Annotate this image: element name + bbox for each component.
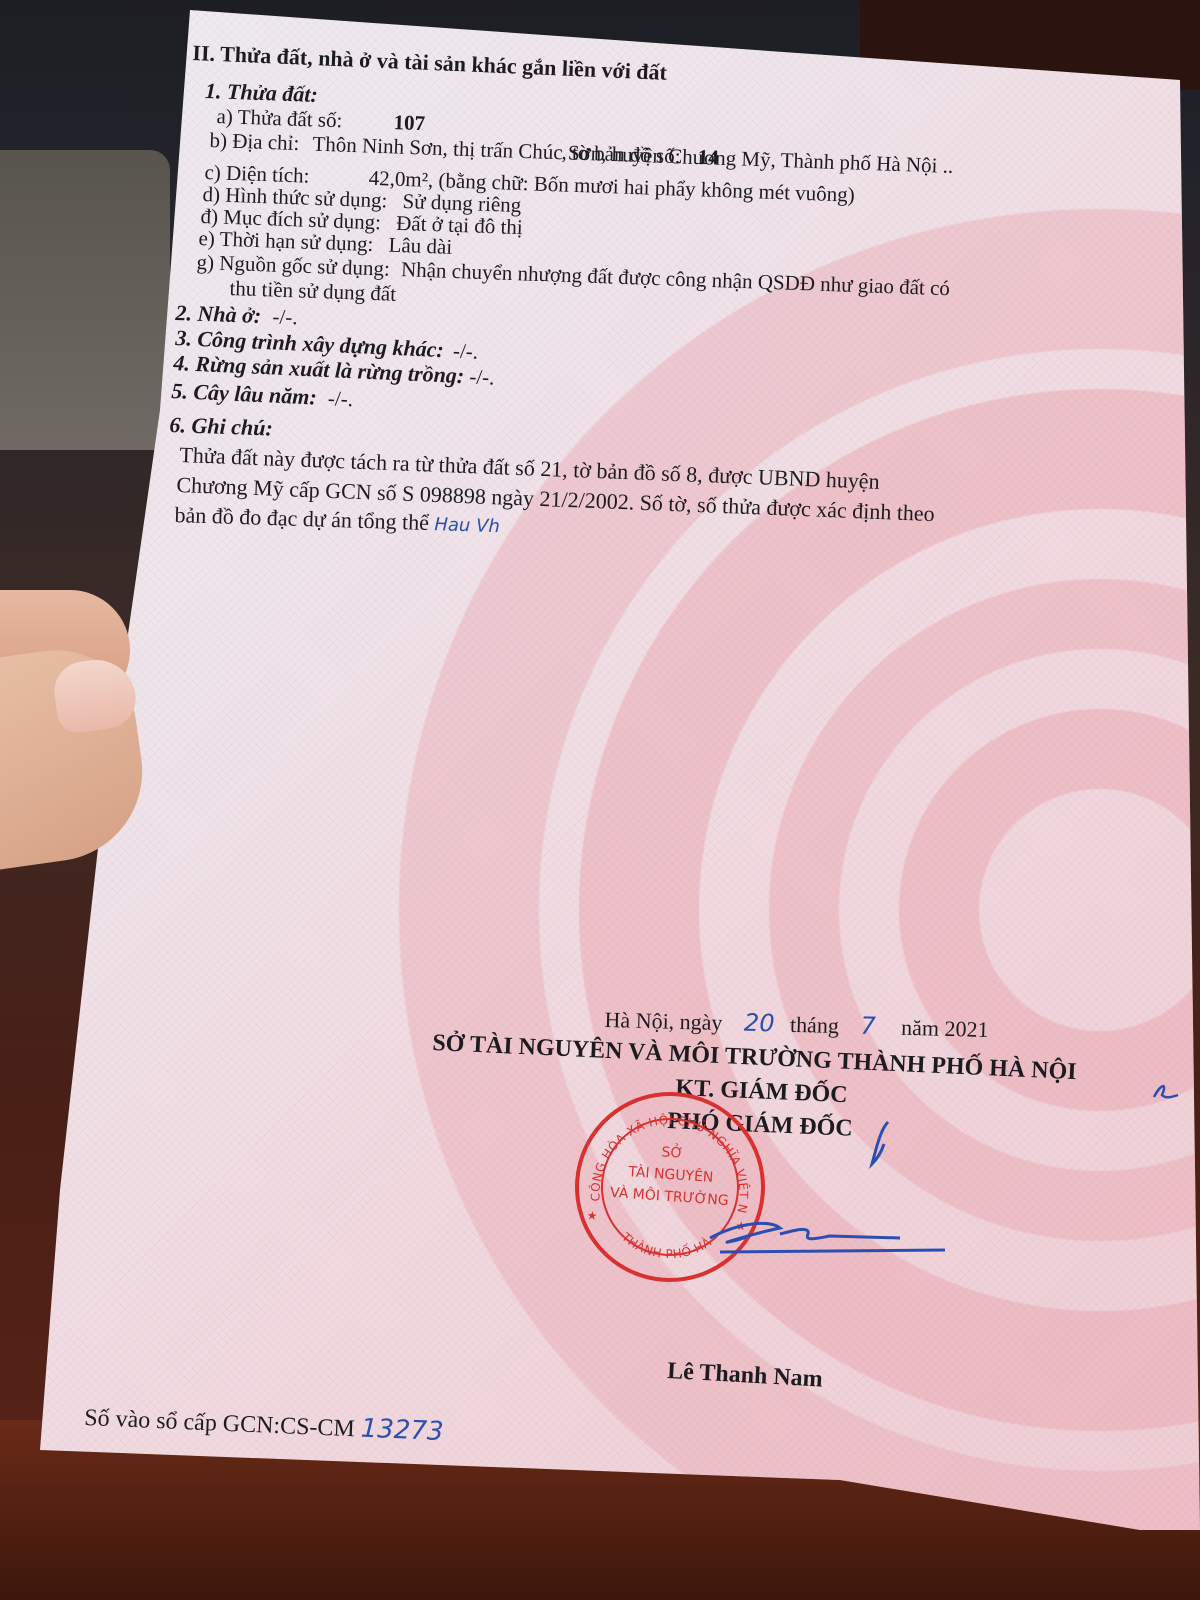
initial-mark [868, 1120, 892, 1170]
address-label: b) Địa chỉ: [209, 128, 300, 155]
registry-row: Số vào sổ cấp GCN:CS-CM 13273 [84, 1402, 444, 1447]
section-title: II. Thửa đất, nhà ở và tài sản khác gắn … [192, 40, 668, 86]
initial-mark [1150, 1075, 1180, 1105]
origin-value-line1: Nhận chuyển nhượng đất được công nhận QS… [401, 257, 951, 300]
date-month-label: tháng [790, 1012, 840, 1038]
perennial-trees-row: 5. Cây lâu năm: -/-. [171, 378, 354, 412]
certificate-content: II. Thửa đất, nhà ở và tài sản khác gắn … [0, 0, 1200, 1600]
map-sheet-number: 14 [697, 145, 719, 170]
perennial-trees-value: -/-. [327, 386, 353, 411]
registry-label: Số vào sổ cấp GCN:CS-CM [84, 1405, 356, 1442]
date-prefix: Hà Nội, ngày [604, 1007, 723, 1035]
house-heading: 2. Nhà ở: [175, 300, 262, 328]
date-year: năm 2021 [901, 1015, 989, 1042]
notes-line-3: bản đồ đo đạc dự án tổng thể [174, 502, 429, 535]
map-sheet-label: , tờ bản đồ số: [561, 140, 681, 168]
stamp-star-icon: ★ [586, 1208, 598, 1223]
notes-heading: 6. Ghi chú: [169, 412, 273, 442]
production-forest-value: -/-. [469, 364, 495, 389]
parcel-number: 107 [393, 110, 425, 135]
registry-number: 13273 [360, 1414, 444, 1447]
date-month: 7 [860, 1012, 876, 1040]
handwritten-initials: Hau Vh [434, 514, 500, 537]
perennial-trees-heading: 5. Cây lâu năm: [171, 378, 317, 410]
date-line: Hà Nội, ngày 20 tháng 7 năm 2021 [604, 1005, 989, 1043]
date-day: 20 [744, 1009, 775, 1038]
handwritten-signature [700, 1210, 960, 1270]
other-construction-value: -/-. [453, 339, 479, 364]
house-value: -/-. [272, 304, 298, 329]
term-value: Lâu dài [388, 233, 452, 259]
stamp-center-text: SỞ TÀI NGUYÊN VÀ MÔI TRƯỜNG [578, 1136, 764, 1215]
signer-name: Lê Thanh Nam [666, 1358, 823, 1394]
